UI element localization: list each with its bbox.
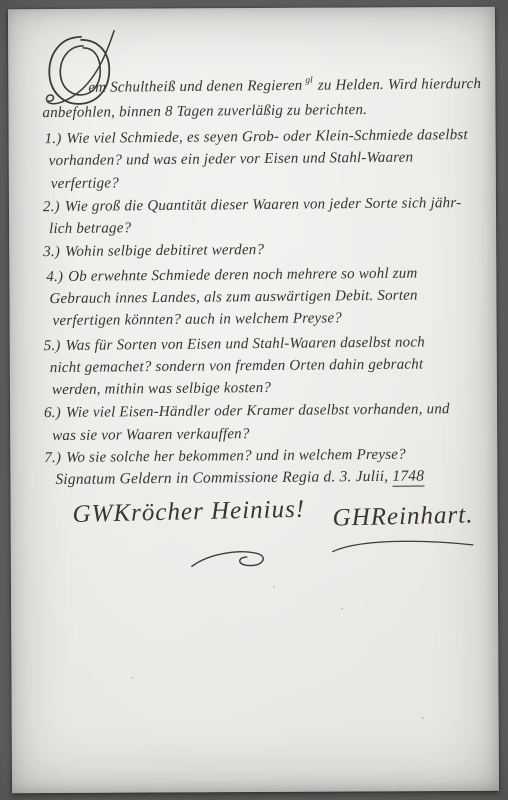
paper-speck — [131, 677, 133, 679]
question-5-line-2: nicht gemachet? sondern von fremden Orte… — [50, 355, 424, 377]
question-2-line-2: lich betrage? — [49, 219, 131, 238]
question-1-line-2: vorhanden? und was ein jeder vor Eisen u… — [49, 149, 414, 170]
scanner-backdrop: D em Schultheiß und denen Regierengl zu … — [0, 0, 508, 800]
question-1-text: Wie viel Schmiede, es seyen Grob- oder K… — [66, 127, 467, 147]
opening-line-1: em Schultheiß und denen Regierengl zu He… — [88, 75, 481, 99]
question-2-text: Wie groß die Quantität dieser Waaren von… — [65, 195, 462, 215]
paper-speck — [422, 717, 424, 719]
manuscript-text-layer: D em Schultheiß und denen Regierengl zu … — [8, 7, 499, 794]
question-1-number: 1.) — [45, 131, 62, 147]
interlinear-insertion: gl — [305, 72, 313, 90]
dateline-text: Signatum Geldern in Commissione Regia d.… — [55, 468, 392, 488]
question-1-line-1: 1.)Wie viel Schmiede, es seyen Grob- ode… — [45, 126, 468, 148]
signature-paraph-flourish — [189, 546, 273, 579]
question-7-number: 7.) — [44, 450, 61, 466]
initial-letter-flourish-drawing — [42, 29, 118, 113]
paper-speck — [273, 586, 275, 588]
question-3-number: 3.) — [43, 244, 60, 260]
question-7-line-1: 7.)Wo sie solche her bekommen? und in we… — [44, 446, 406, 467]
question-2-number: 2.) — [43, 199, 60, 215]
question-4-line-2: Gebrauch innes Landes, als zum auswärtig… — [49, 287, 417, 309]
question-6-text: Wie viel Eisen-Händler oder Kramer dasel… — [66, 401, 450, 421]
manuscript-page: D em Schultheiß und denen Regierengl zu … — [8, 7, 499, 794]
initial-letter-ornament: D — [42, 29, 118, 113]
question-5-text: Was für Sorten von Eisen und Stahl-Waare… — [65, 334, 424, 353]
question-7-text: Wo sie solche her bekommen? und in welch… — [66, 447, 406, 466]
question-4-number: 4.) — [46, 269, 63, 285]
question-5-line-3: werden, mithin was selbige kosten? — [52, 379, 271, 399]
dateline: Signatum Geldern in Commissione Regia d.… — [55, 467, 424, 489]
opening-line-1-pre: em Schultheiß und denen Regieren — [88, 78, 302, 96]
signature-right-underline-flourish — [329, 535, 479, 563]
question-6-line-1: 6.)Wie viel Eisen-Händler oder Kramer da… — [44, 400, 450, 422]
question-3-text: Wohin selbige debitiret werden? — [65, 242, 264, 260]
question-4-text: Ob erwehnte Schmiede deren noch mehrere … — [68, 266, 417, 285]
signature-left: GWKröcher Heinius! — [72, 496, 305, 529]
question-4-line-3: verfertigen könnten? auch in welchem Pre… — [52, 309, 342, 330]
question-3-line-1: 3.)Wohin selbige debitiret werden? — [43, 241, 264, 261]
opening-line-1-post: zu Helden. Wird hierdurch — [318, 76, 481, 94]
question-6-number: 6.) — [44, 405, 61, 421]
question-1-line-3: verfertige? — [51, 174, 119, 193]
question-5-line-1: 5.)Was für Sorten von Eisen und Stahl-Wa… — [44, 333, 425, 355]
signature-right: GHReinhart. — [332, 501, 473, 532]
question-4-line-1: 4.)Ob erwehnte Schmiede deren noch mehre… — [46, 265, 417, 287]
question-2-line-1: 2.)Wie groß die Quantität dieser Waaren … — [43, 194, 461, 216]
question-6-line-2: was sie vor Waaren verkauffen? — [52, 425, 250, 445]
dateline-year: 1748 — [392, 467, 424, 486]
question-5-number: 5.) — [44, 338, 61, 354]
paper-speck — [341, 608, 343, 610]
opening-line-2: anbefohlen, binnen 8 Tagen zuverläßig zu… — [42, 101, 367, 122]
